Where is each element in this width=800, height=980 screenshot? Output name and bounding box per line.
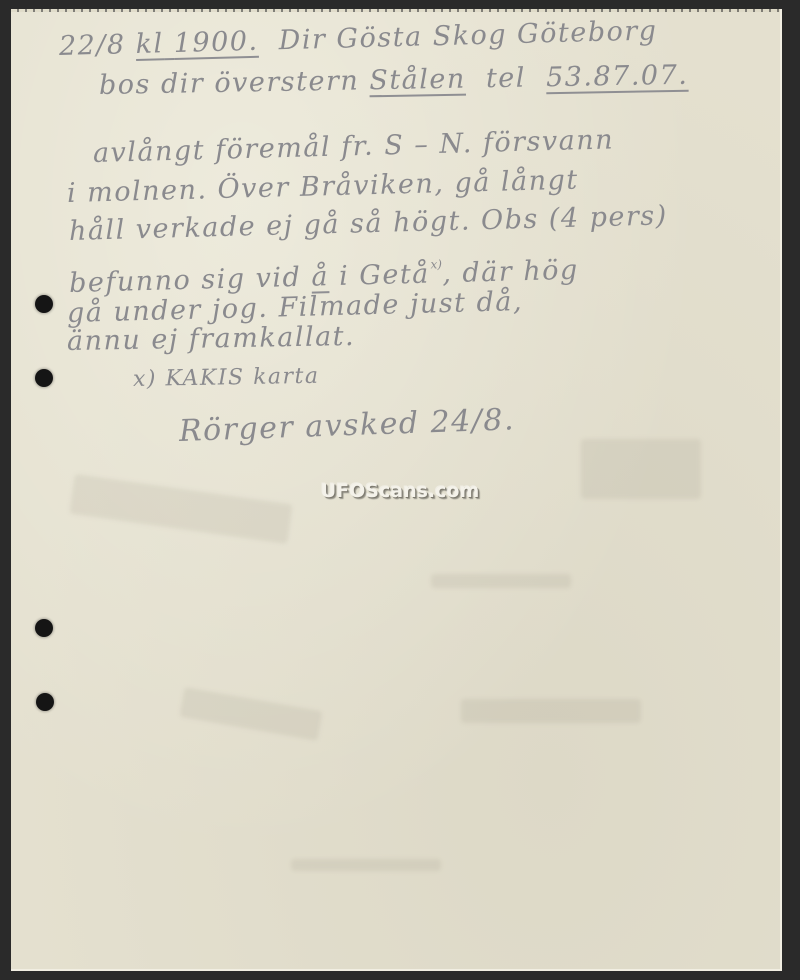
paper-edge <box>780 9 782 971</box>
bleed-through-mark <box>581 439 701 499</box>
bleed-through-mark <box>431 574 571 588</box>
paper-sheet: 22/8 kl 1900. Dir Gösta Skog Göteborg bo… <box>11 9 782 971</box>
header-line-2: bos dir överstern Stålen tel 53.87.07. <box>99 61 689 101</box>
header-tel-label: tel <box>486 63 527 95</box>
header-tel-number: 53.87.07. <box>546 60 689 93</box>
bleed-through-mark <box>461 699 641 723</box>
paper-edge <box>11 969 782 971</box>
body-line-6: ännu ej framkallat. <box>67 322 356 357</box>
punch-hole <box>36 693 54 711</box>
bleed-through-mark <box>69 474 292 544</box>
punch-hole <box>35 295 53 313</box>
header-contact: Dir Gösta Skog Göteborg <box>278 15 658 56</box>
header-line-1: 22/8 kl 1900. Dir Gösta Skog Göteborg <box>59 16 658 62</box>
watermark: UFOScans.com <box>295 480 505 502</box>
body-line-3: håll verkade ej gå så högt. Obs (4 pers) <box>69 201 668 247</box>
bleed-through-mark <box>179 687 322 741</box>
header-date: 22/8 <box>59 29 126 62</box>
footnote: x) KAKIS karta <box>133 364 320 392</box>
header-time: kl 1900. <box>135 26 259 60</box>
punch-hole <box>35 619 53 637</box>
header-name: Stålen <box>369 64 466 97</box>
paper-perforated-edge <box>11 9 782 12</box>
footnote-marker: x) <box>430 257 442 271</box>
body-line-2: i molnen. Över Bråviken, gå långt <box>67 166 579 209</box>
body-line-1: avlångt föremål fr. S – N. försvann <box>93 125 615 169</box>
underlined-word: å <box>311 261 329 292</box>
punch-hole <box>35 369 53 387</box>
signature: Rörger avsked 24/8. <box>178 402 515 449</box>
scanned-document: 22/8 kl 1900. Dir Gösta Skog Göteborg bo… <box>0 0 800 980</box>
bleed-through-mark <box>291 859 441 871</box>
header-prefix: bos dir överstern <box>99 65 360 101</box>
